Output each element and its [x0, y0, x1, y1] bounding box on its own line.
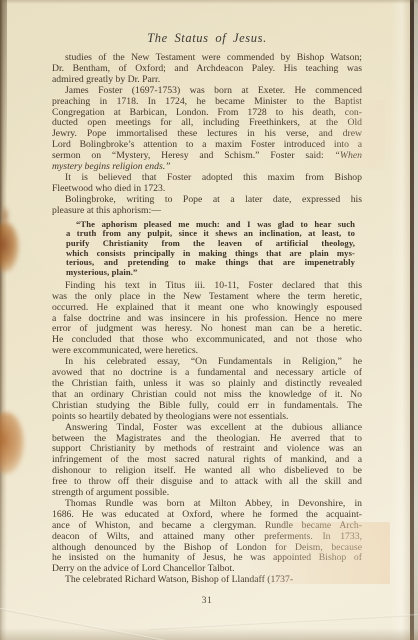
page-number: 31 [52, 595, 362, 606]
text-line: preaching in 1718. In 1724, he became Mi… [52, 97, 362, 108]
paragraph: Thomas Rundle was born at Milton Abbey, … [52, 499, 362, 575]
text-line: mysterious, plain.” [66, 268, 355, 278]
paragraph: It is believed that Foster adopted this … [52, 173, 362, 195]
text-line: points so heartily debated by theologian… [52, 412, 362, 423]
page-left-edge-fade [0, 0, 7, 640]
text-line: pleasure at this aphorism:— [52, 206, 362, 217]
page-bottom-edge [0, 628, 418, 640]
block-quote: “The aphorism pleased me much: and I was… [66, 220, 362, 278]
text-line: The celebrated Richard Watson, Bishop of… [52, 575, 362, 586]
text-line: James Foster (1697-1753) was born at Exe… [52, 86, 362, 97]
paragraph: Bolingbroke, writing to Pope at a later … [52, 195, 362, 217]
page-content: The Status of Jesus. studies of the New … [52, 30, 362, 606]
paragraph: Finding his text in Titus iii. 10-11, Fo… [52, 281, 362, 357]
page-title: The Status of Jesus. [52, 30, 362, 46]
paragraph: In his celebrated essay, “On Fundamental… [52, 357, 362, 422]
text-line: Answering Tindal, Foster was excellent a… [52, 423, 362, 434]
paragraph: studies of the New Testament were commen… [52, 53, 362, 86]
text-line: occurred. He explained that it meant one… [52, 303, 362, 314]
ink-stain-upper [0, 222, 19, 272]
page-top-edge [0, 0, 418, 4]
body-text: studies of the New Testament were commen… [52, 53, 362, 586]
scan-margin-sliver [414, 0, 418, 640]
paragraph: Answering Tindal, Foster was excellent a… [52, 423, 362, 499]
ink-stain-lower [0, 412, 24, 474]
paragraph: James Foster (1697-1753) was born at Exe… [52, 86, 362, 173]
page-right-shadow [390, 0, 410, 640]
scanned-page: The Status of Jesus. studies of the New … [0, 0, 418, 640]
text-line: deacon of Wilts, and attained many other… [52, 532, 362, 543]
paragraph: The celebrated Richard Watson, Bishop of… [52, 575, 362, 586]
text-line: was the only place in the New Testament … [52, 292, 362, 303]
